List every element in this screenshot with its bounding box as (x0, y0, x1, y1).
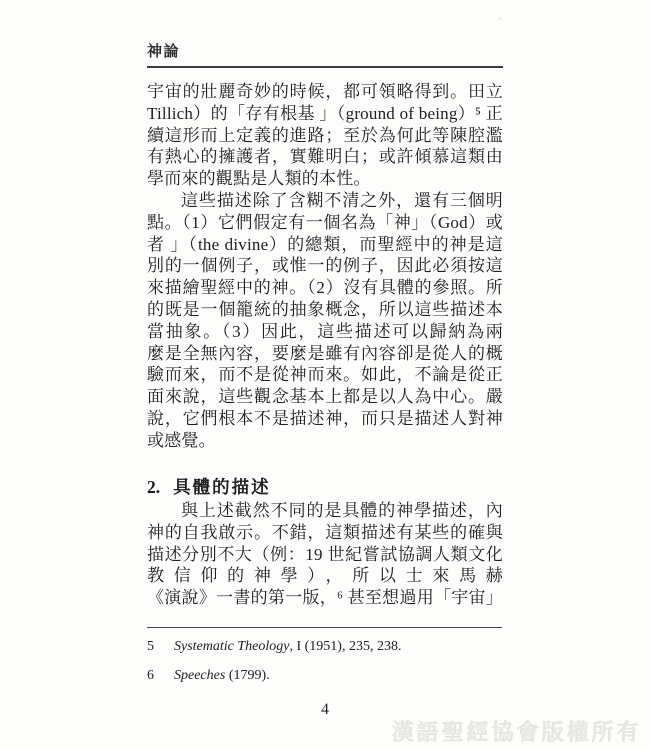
running-head: 神論 (147, 40, 180, 61)
footnote-rest: , I (1951), 235, 238. (289, 639, 401, 654)
text-line: 學而來的觀點是人類的本性。 (147, 168, 503, 190)
text-line: 的既是一個籠統的抽象概念，所以這些描述本身亦相 (147, 299, 503, 321)
text-line: 教信仰的神學），所以士來馬赫（Schleiermacher）在 (147, 565, 503, 587)
text-line: 或感覺。 (147, 430, 503, 452)
book-page: 神論 宇宙的壯麗奇妙的時候，都可領略得到。田立克（P.Tillich）的「存有根… (0, 0, 650, 750)
footnote-5: 5Systematic Theology, I (1951), 235, 238… (147, 639, 503, 655)
footnote-number: 5 (147, 639, 174, 655)
footnote-separator-rule (147, 627, 502, 628)
paragraph-group-before-heading: 宇宙的壯麗奇妙的時候，都可領略得到。田立克（P.Tillich）的「存有根基 」… (147, 81, 503, 452)
section-title: 具體的描述 (173, 477, 271, 497)
text-line: 點。（1）它們假定有一個名為「神」（God）或「神聖 (147, 212, 503, 234)
text-line: 說，它們根本不是描述神，而只是描述人對神的想法 (147, 408, 503, 430)
watermark: 漢語聖經協會版權所有 (392, 716, 642, 747)
footnotes: 5Systematic Theology, I (1951), 235, 238… (147, 639, 503, 697)
section-number: 2. (147, 477, 160, 497)
paragraph-group-after-heading: 與上述截然不同的是具體的神學描述，內容源自神的自我啟示。不錯，這類描述有某些的確… (147, 500, 503, 609)
text-line: 《演說》一書的第一版，⁶ 甚至想過用「宇宙」 (147, 587, 503, 609)
footnote-title-italic: Systematic Theology (174, 639, 289, 654)
text-line: 者 」（the divine）的總類，而聖經中的神是這個類 (147, 234, 503, 256)
text-line: 別的一個例子，或惟一的例子，因此必須按這個類別 (147, 255, 503, 277)
section-heading: 2.具體的描述 (147, 476, 503, 498)
body-text: 宇宙的壯麗奇妙的時候，都可領略得到。田立克（P.Tillich）的「存有根基 」… (147, 81, 503, 609)
footnote-6: 6Speeches (1799). (147, 668, 503, 684)
header-rule (147, 66, 503, 68)
footnote-number: 6 (147, 668, 174, 684)
text-line: 這些描述除了含糊不清之外，還有三個明顯的弱 (147, 190, 503, 212)
footnote-text: Speeches (1799). (174, 668, 270, 683)
text-line: 有熱心的擁護者，實難明白；或許傾慕這類由自然神 (147, 146, 503, 168)
paragraph: 這些描述除了含糊不清之外，還有三個明顯的弱點。（1）它們假定有一個名為「神」（G… (147, 190, 503, 452)
text-line: 續這形而上定義的進路；至於為何此等陳腔濫調，仍 (147, 125, 503, 147)
text-line: 與上述截然不同的是具體的神學描述，內容源自 (147, 500, 503, 522)
footnote-text: Systematic Theology, I (1951), 235, 238. (174, 639, 401, 654)
text-line: 當抽象。（3）因此，這些描述可以歸納為兩類，要 (147, 321, 503, 343)
footnote-title-italic: Speeches (174, 668, 225, 683)
text-line: 描述分別不大（例：19 世紀嘗試協調人類文化和基督 (147, 544, 503, 566)
text-line: 神的自我啟示。不錯，這類描述有某些的確與籠統的 (147, 522, 503, 544)
text-line: 面來說，這些觀念基本上都是以人為中心。嚴格地 (147, 386, 503, 408)
footnote-rest: (1799). (225, 668, 269, 683)
paragraph: 宇宙的壯麗奇妙的時候，都可領略得到。田立克（P.Tillich）的「存有根基 」… (147, 81, 503, 190)
text-line: 來描繪聖經中的神。（2）沒有具體的參照。所處理 (147, 277, 503, 299)
scan-artifact-speck (499, 17, 502, 20)
paragraph: 與上述截然不同的是具體的神學描述，內容源自神的自我啟示。不錯，這類描述有某些的確… (147, 500, 503, 609)
text-line: 宇宙的壯麗奇妙的時候，都可領略得到。田立克（P. (147, 81, 503, 103)
text-line: Tillich）的「存有根基 」（ground of being）⁵ 正是延 (147, 103, 503, 125)
text-line: 驗而來，而不是從神而來。如此，不論是從正面或負 (147, 364, 503, 386)
text-line: 麼是全無內容，要麼是雖有內容卻是從人的概念或經 (147, 343, 503, 365)
